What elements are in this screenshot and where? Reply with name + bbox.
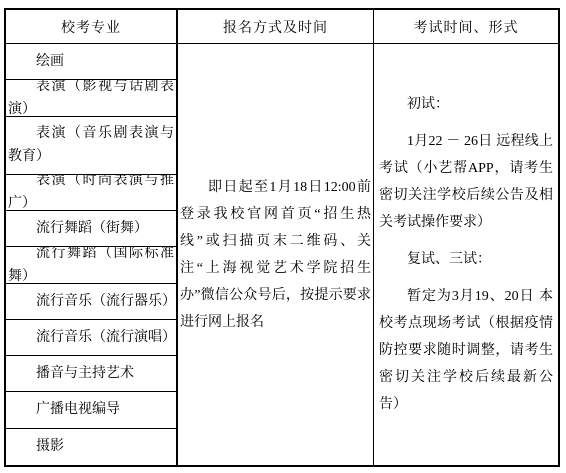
- major-label: 广播电视编导: [8, 398, 174, 421]
- exam-column: 考试时间、形式 初试： 1月22 － 26日 远程线上考试（小艺帮APP，请考生…: [374, 10, 558, 465]
- major-row: 广播电视编导: [6, 392, 176, 428]
- header-exam-column: 考试时间、形式: [374, 10, 558, 44]
- exam-round1-detail: 1月22 － 26日 远程线上考试（小艺帮APP，请考生密切关注学校后续公告及相…: [379, 128, 553, 236]
- major-row: 表演（音乐剧表演与教育）: [6, 117, 176, 175]
- major-label: 流行音乐（流行演唱）: [8, 326, 174, 349]
- major-label: 流行舞蹈（街舞）: [8, 217, 174, 240]
- major-row: 表演（时尚表演与推广）: [6, 175, 176, 211]
- header-registration-column: 报名方式及时间: [178, 10, 373, 44]
- registration-cell: 即日起至1月18日12:00前登录我校官网首页“招生热线”或扫描页末二维码、关注…: [178, 44, 373, 465]
- major-row: 绘画: [6, 44, 176, 80]
- header-major-column: 校考专业: [6, 10, 176, 44]
- major-label: 播音与主持艺术: [8, 362, 174, 385]
- exam-cell: 初试： 1月22 － 26日 远程线上考试（小艺帮APP，请考生密切关注学校后续…: [374, 44, 558, 465]
- school-exam-table: 校考专业 绘画 表演（影视与话剧表演） 表演（音乐剧表演与教育） 表演（时尚表演…: [4, 8, 560, 467]
- major-row: 流行舞蹈（街舞）: [6, 211, 176, 247]
- major-label: 表演（影视与话剧表演）: [8, 80, 174, 116]
- major-row: 播音与主持艺术: [6, 356, 176, 392]
- major-row: 表演（影视与话剧表演）: [6, 80, 176, 116]
- major-label: 摄影: [8, 435, 174, 458]
- major-label: 表演（时尚表演与推广）: [8, 175, 174, 211]
- exam-round23-label: 复试、三试：: [379, 246, 553, 273]
- major-label: 流行音乐（流行器乐）: [8, 290, 174, 313]
- major-label: 流行舞蹈（国际标准舞）: [8, 247, 174, 283]
- major-label: 绘画: [8, 50, 174, 73]
- document-page: 校考专业 绘画 表演（影视与话剧表演） 表演（音乐剧表演与教育） 表演（时尚表演…: [0, 0, 566, 473]
- major-row: 流行音乐（流行演唱）: [6, 320, 176, 356]
- major-row: 流行舞蹈（国际标准舞）: [6, 247, 176, 283]
- exam-round23-detail: 暂定为3月19、20日 本校考点现场考试（根据疫情防控要求随时调整，请考生密切关…: [379, 283, 553, 418]
- major-column: 校考专业 绘画 表演（影视与话剧表演） 表演（音乐剧表演与教育） 表演（时尚表演…: [6, 10, 178, 465]
- registration-column: 报名方式及时间 即日起至1月18日12:00前登录我校官网首页“招生热线”或扫描…: [178, 10, 374, 465]
- registration-text: 即日起至1月18日12:00前登录我校官网首页“招生热线”或扫描页末二维码、关注…: [180, 174, 371, 336]
- exam-round1-label: 初试：: [379, 91, 553, 118]
- major-row: 流行音乐（流行器乐）: [6, 284, 176, 320]
- major-row: 摄影: [6, 429, 176, 465]
- major-label: 表演（音乐剧表演与教育）: [8, 122, 174, 168]
